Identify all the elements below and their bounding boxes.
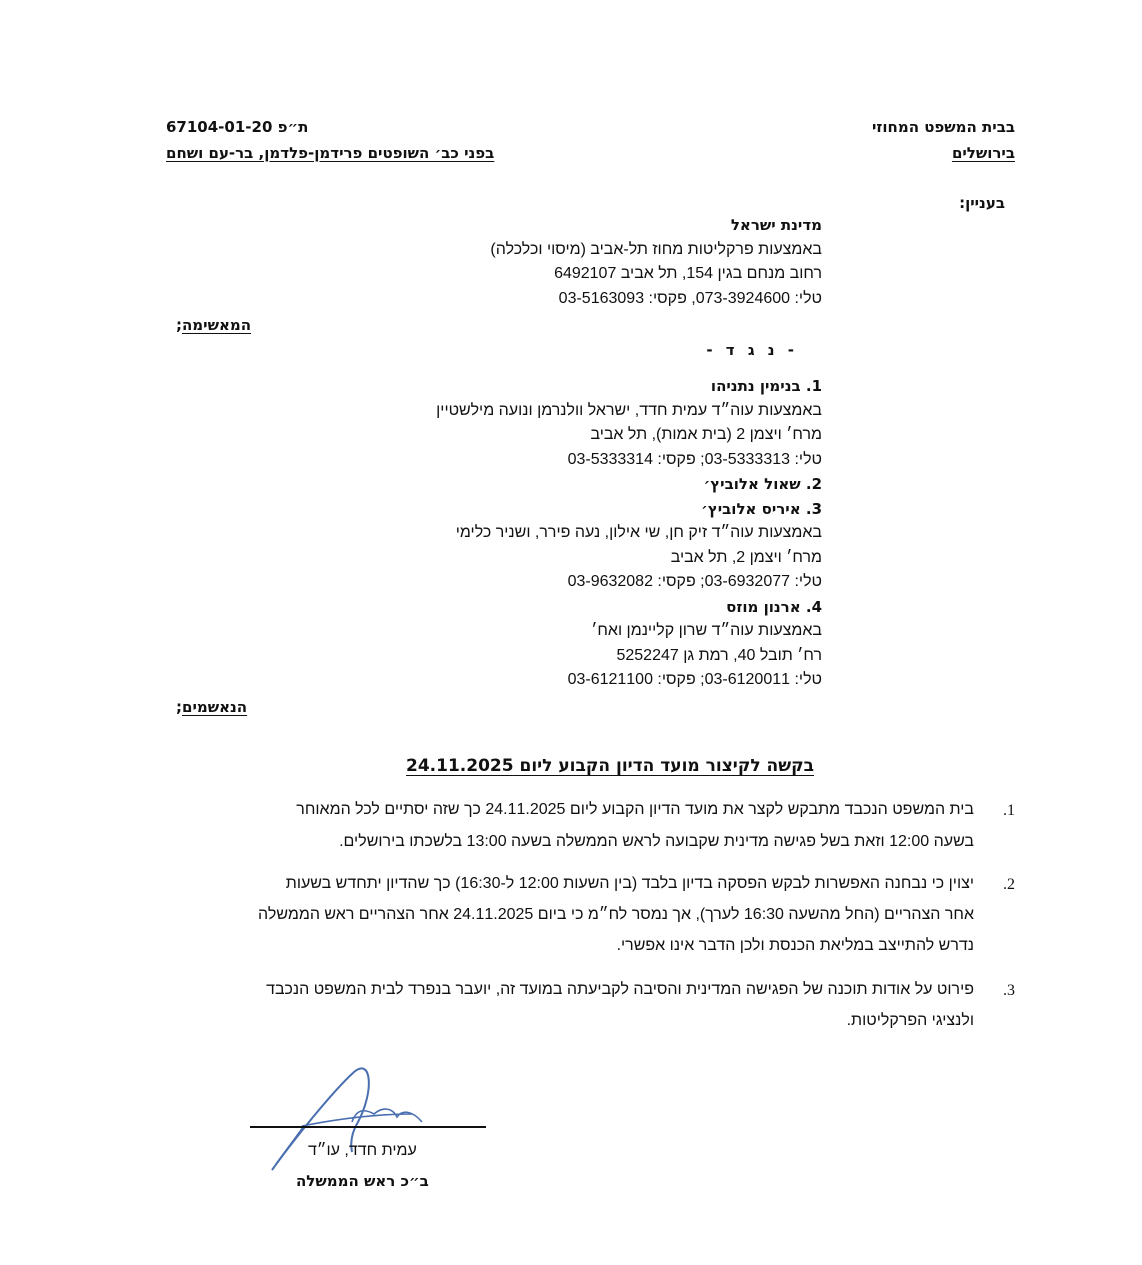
- paragraph-line: נדרש להתייצב במליאת הכנסת ולכן הדבר אינו…: [617, 937, 974, 955]
- defendant-line: טלי: 03-5333313; פקסי: 03-5333314: [436, 448, 822, 473]
- case-number: ת״פ 67104-01-20: [166, 118, 308, 136]
- judges-panel: בפני כב׳ השופטים פרידמן-פלדמן, בר-עם ושח…: [166, 144, 494, 162]
- defendant-name: 1. בנימין נתניהו: [436, 374, 822, 399]
- signatory-name: עמית חדד, עו״ד: [308, 1142, 417, 1160]
- versus-label: - נ ג ד -: [706, 341, 798, 359]
- defendants-role: הנאשמים;: [176, 698, 247, 716]
- paragraph-number: 3.: [1003, 982, 1015, 1000]
- paragraph-number: 2.: [1003, 876, 1015, 894]
- defendant-line: מרח׳ ויצמן 2, תל אביב: [436, 546, 822, 571]
- paragraph-line: יצוין כי נבחנה האפשרות לבקש הפסקה בדיון …: [286, 875, 974, 893]
- matter-label: בעניין:: [959, 194, 1005, 212]
- defendants-role-label: הנאשמים: [182, 698, 247, 716]
- paragraph-line: אחר הצהריים (החל מהשעה 16:30 לערך), אך נ…: [258, 906, 974, 924]
- defendant-line: באמצעות עוה״ד שרון קליינמן ואח׳: [436, 619, 822, 644]
- signature-line: [250, 1126, 486, 1128]
- defendant-name: 4. ארנון מוזס: [436, 595, 822, 620]
- prosecution-role-label: המאשימה: [182, 316, 251, 334]
- prosecution-line: רחוב מנחם בגין 154, תל אביב 6492107: [490, 262, 822, 287]
- prosecution-name: מדינת ישראל: [490, 213, 822, 238]
- defendant-name: 2. שאול אלוביץ׳: [436, 472, 822, 497]
- paragraph-line: בית המשפט הנכבד מתבקש לקצר את מועד הדיון…: [296, 801, 974, 819]
- defendant-line: טלי: 03-6932077; פקסי: 03-9632082: [436, 570, 822, 595]
- paragraph-line: ולנציגי הפרקליטות.: [847, 1012, 974, 1030]
- court-name: בבית המשפט המחוזי: [872, 118, 1015, 136]
- document-title: בקשה לקיצור מועד הדיון הקבוע ליום 24.11.…: [406, 756, 814, 776]
- prosecution-line: באמצעות פרקליטות מחוז תל-אביב (מיסוי וכל…: [490, 238, 822, 263]
- defendant-line: מרח׳ ויצמן 2 (בית אמות), תל אביב: [436, 423, 822, 448]
- court-city: בירושלים: [952, 144, 1015, 162]
- paragraph-line: פירוט על אודות תוכנה של הפגישה המדינית ו…: [266, 981, 974, 999]
- defendant-line: באמצעות עוה״ד זיק חן, שי אילון, נעה פירר…: [436, 521, 822, 546]
- paragraph-line: בשעה 12:00 וזאת בשל פגישה מדינית שקבועה …: [339, 833, 974, 851]
- document-page: בבית המשפט המחוזי בירושלים ת״פ 67104-01-…: [0, 0, 1142, 1265]
- signatory-title: ב״כ ראש הממשלה: [296, 1172, 429, 1190]
- paragraph-number: 1.: [1003, 802, 1015, 820]
- prosecution-line: טלי: 073-3924600, פקסי: 03-5163093: [490, 287, 822, 312]
- defendant-line: טלי: 03-6120011; פקסי: 03-6121100: [436, 668, 822, 693]
- defendant-line: רח׳ תובל 40, רמת גן 5252247: [436, 644, 822, 669]
- prosecution-block: מדינת ישראל באמצעות פרקליטות מחוז תל-אבי…: [490, 213, 822, 311]
- defendant-line: באמצעות עוה״ד עמית חדד, ישראל וולנרמן ונ…: [436, 399, 822, 424]
- prosecution-role: המאשימה;: [176, 316, 251, 334]
- defendants-block: 1. בנימין נתניהו באמצעות עוה״ד עמית חדד,…: [436, 374, 822, 693]
- defendant-name: 3. איריס אלוביץ׳: [436, 497, 822, 522]
